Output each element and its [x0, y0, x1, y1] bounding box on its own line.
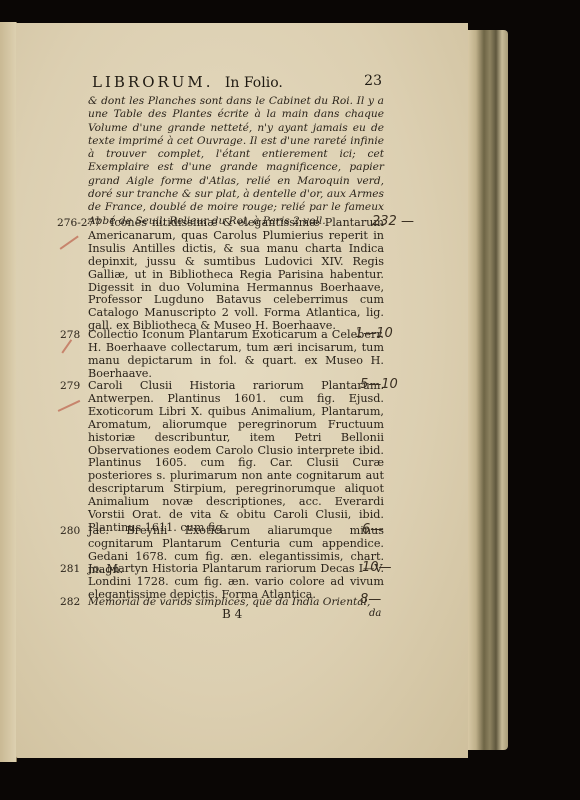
handwritten-price: 1—10: [355, 326, 393, 341]
catchword: da: [369, 608, 381, 619]
lot-number: 280: [60, 525, 80, 538]
page-block-edges: [468, 30, 508, 750]
handwritten-price: 5—10: [360, 377, 398, 392]
running-head-format: In Folio.: [225, 75, 283, 91]
lot-number: 281: [60, 563, 80, 576]
continued-entry-text: & dont les Planches sont dans le Cabinet…: [88, 95, 384, 228]
entry-text: Caroli Clusii Historia rariorum Plantaru…: [88, 380, 384, 535]
catalog-entry: 278 Collectio Iconum Plantarum Exoticaru…: [88, 329, 384, 381]
lot-number: 276-277: [57, 217, 101, 230]
catalog-entry: 276-277 Icones nitidissimæ & elegantissi…: [88, 217, 384, 333]
facing-page-edge: [0, 22, 17, 762]
page-number: 23: [364, 73, 382, 89]
catalog-entry: 279 Caroli Clusii Historia rariorum Plan…: [88, 380, 384, 535]
handwritten-price: 6—: [362, 522, 383, 537]
handwritten-price: 8—: [360, 592, 381, 607]
handwritten-price: 232 —: [372, 214, 414, 229]
signature-mark: B 4: [222, 607, 242, 621]
running-head-title: LIBRORUM.: [92, 73, 214, 91]
running-head: LIBRORUM. In Folio. 23: [92, 73, 382, 91]
lot-number: 282: [60, 596, 80, 609]
entry-text: Collectio Iconum Plantarum Exoticarum a …: [88, 329, 384, 381]
lot-number: 279: [60, 380, 80, 393]
entry-text: Icones nitidissimæ & elegantissimæ Plant…: [88, 217, 384, 333]
handwritten-price: 10—: [362, 560, 392, 575]
